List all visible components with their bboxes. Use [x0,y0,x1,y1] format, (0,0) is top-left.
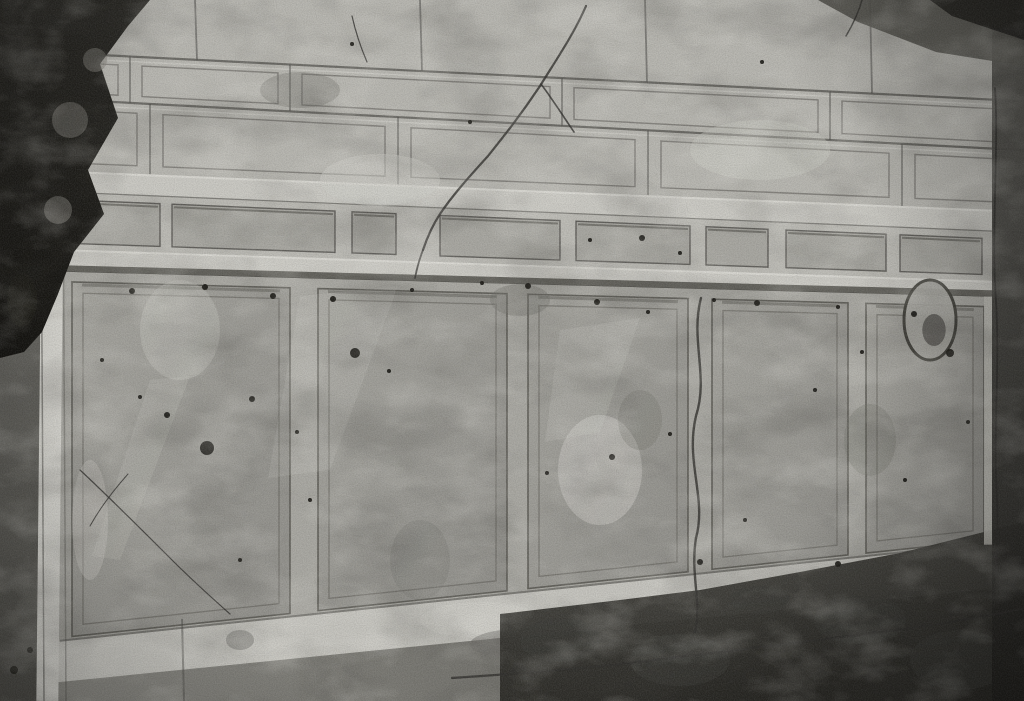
texture-overlays [0,0,1024,701]
wall-photograph [0,0,1024,701]
wall-photo-canvas [0,0,1024,701]
vignette [0,0,1024,701]
